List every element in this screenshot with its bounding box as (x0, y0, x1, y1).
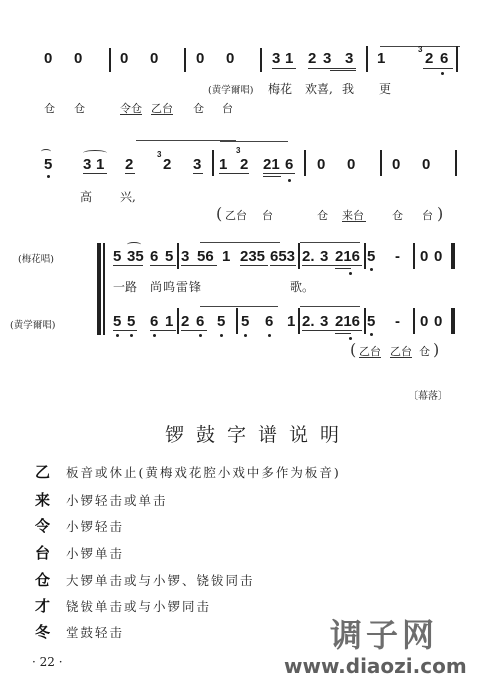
note: 1 (222, 249, 230, 265)
underline (193, 173, 203, 174)
lyric: 歌。 (290, 278, 314, 295)
lower-octave-dot (244, 334, 247, 337)
tie (200, 242, 280, 243)
note: 3 (320, 249, 328, 265)
legend-title: 锣鼓字谱说明 (165, 420, 351, 447)
note: 3 (272, 51, 280, 67)
underline (150, 330, 176, 331)
note: 6 (196, 314, 204, 330)
final-barline (451, 308, 455, 334)
lower-octave-dot (370, 333, 373, 336)
underline (263, 173, 295, 174)
note: 5 (367, 249, 375, 265)
final-barline (451, 243, 455, 269)
note: 6 (265, 314, 273, 330)
note: 2 (425, 51, 433, 67)
lower-octave-dot (199, 334, 202, 337)
note: 1 (287, 314, 295, 330)
lyric: 尚呜雷锋 (150, 278, 202, 295)
note: 0 (150, 51, 158, 67)
note: 0 (317, 157, 325, 173)
legend-desc: 小锣轻击 (66, 517, 124, 535)
legend-desc: 小锣单击 (66, 544, 124, 562)
percussion-syllable: 乙台 (225, 207, 247, 223)
lyric: 梅花 (268, 80, 292, 97)
lyric: 欢喜, (305, 80, 333, 97)
barline (413, 243, 415, 269)
underline (272, 68, 296, 69)
tie (300, 306, 360, 307)
barline (456, 46, 458, 72)
percussion-syllable: 仓 (44, 100, 55, 116)
note: 6 (150, 249, 158, 265)
percussion-syllable: 台 (222, 100, 233, 116)
note: 5 (241, 314, 249, 330)
note: 0 (434, 249, 442, 265)
underline (150, 265, 176, 266)
underline (151, 114, 173, 115)
note: 3 (345, 51, 353, 67)
note: 5 (113, 249, 121, 265)
note: 0 (74, 51, 82, 67)
underline (113, 265, 143, 266)
note: 0 (120, 51, 128, 67)
note: 216 (335, 249, 360, 265)
note: 2. (302, 249, 315, 265)
underline (390, 357, 412, 358)
note: 5 (367, 314, 375, 330)
legend-desc: 大锣单击或与小锣、铙钹同击 (66, 571, 255, 589)
barline (304, 150, 306, 176)
note: 653 (270, 249, 295, 265)
note: 3 (323, 51, 331, 67)
tie (300, 242, 360, 243)
lower-octave-dot (220, 334, 223, 337)
underline (359, 357, 381, 358)
note: 1 (377, 51, 385, 67)
note: 3 (181, 249, 189, 265)
note: 1 (285, 51, 293, 67)
lower-octave-dot (268, 334, 271, 337)
legend-key: 乙 (35, 461, 50, 482)
barline (177, 308, 179, 334)
note: 0 (434, 314, 442, 330)
lower-octave-dot (288, 179, 291, 182)
note: 2. (302, 314, 315, 330)
legend-desc: 小锣轻击或单击 (66, 491, 168, 509)
barline (184, 48, 186, 72)
note: 1 (219, 157, 227, 173)
underline (423, 68, 453, 69)
watermark-url: www.diaozi.com (284, 654, 467, 678)
lower-octave-dot (116, 334, 119, 337)
underline (219, 173, 249, 174)
percussion-syllable: 仓 (419, 343, 430, 359)
note: 0 (196, 51, 204, 67)
lower-octave-dot (441, 72, 444, 75)
role-label-upper: (梅花唱) (18, 251, 54, 265)
close-paren: ) (433, 340, 439, 359)
barline (366, 46, 368, 72)
lyric: 一路 (113, 278, 137, 295)
barline (364, 308, 366, 334)
note: 0 (226, 51, 234, 67)
underline (335, 333, 351, 334)
tie (200, 306, 278, 307)
watermark-site-name: 调子网 (330, 610, 438, 656)
note: 0 (422, 157, 430, 173)
note: 35 (127, 249, 144, 265)
note: 1 (165, 314, 173, 330)
lower-octave-dot (153, 334, 156, 337)
lower-octave-dot (370, 268, 373, 271)
percussion-syllable: 台 (422, 207, 433, 223)
underline (342, 221, 366, 222)
lower-octave-dot (47, 175, 50, 178)
note: 0 (392, 157, 400, 173)
slur (41, 149, 51, 154)
legend-key: 台 (35, 542, 50, 563)
lyric: 更 (379, 80, 391, 97)
grace-note: 3 (418, 45, 422, 54)
legend-desc: 板音或休止(黄梅戏花腔小戏中多作为板音) (66, 463, 341, 481)
note: 235 (240, 249, 265, 265)
note: 5 (127, 314, 135, 330)
open-paren: ( (216, 204, 222, 223)
underline (308, 68, 356, 69)
legend-key: 才 (35, 595, 50, 616)
grace-note: 3 (236, 146, 240, 155)
note: 3 (320, 314, 328, 330)
note: 2 (181, 314, 189, 330)
system-bracket (97, 243, 101, 335)
note: 0 (347, 157, 355, 173)
note: 0 (420, 314, 428, 330)
note: 2 (125, 157, 133, 173)
percussion-syllable: 仓 (317, 207, 328, 223)
barline (298, 308, 300, 334)
legend-desc: 堂鼓轻击 (66, 623, 124, 641)
close-paren: ) (437, 204, 443, 223)
note: 56 (197, 249, 214, 265)
underline (335, 268, 351, 269)
percussion-syllable: 仓 (74, 100, 85, 116)
lyric: 我 (342, 80, 354, 97)
legend-key: 令 (35, 515, 50, 536)
barline (109, 48, 111, 72)
percussion-syllable: 台 (262, 207, 273, 223)
note: 6 (150, 314, 158, 330)
underline (113, 330, 137, 331)
underline (181, 330, 207, 331)
underline (181, 265, 217, 266)
barline (455, 150, 457, 176)
note: 5 (217, 314, 225, 330)
grace-note: 3 (157, 150, 161, 159)
barline (177, 243, 179, 269)
legend-desc: 铙钹单击或与小锣同击 (66, 597, 211, 615)
role-label: (黄学爾唱) (208, 82, 253, 96)
barline (212, 150, 214, 176)
lyric: 兴, (120, 188, 136, 205)
system-barline (103, 243, 105, 335)
note: - (395, 314, 400, 330)
legend-key: 仓 (35, 569, 50, 590)
lower-octave-dot (349, 272, 352, 275)
note: 2 (163, 157, 171, 173)
percussion-syllable: 仓 (193, 100, 204, 116)
note: 3 (83, 157, 91, 173)
barline (413, 308, 415, 334)
underline (240, 265, 268, 266)
note: 21 (263, 157, 280, 173)
lyric: 高 (80, 188, 92, 205)
note: 6 (285, 157, 293, 173)
underline (125, 173, 135, 174)
tie (220, 141, 288, 142)
note: 216 (335, 314, 360, 330)
note: 0 (44, 51, 52, 67)
underline (270, 265, 296, 266)
legend-key: 来 (35, 489, 50, 510)
legend-key: 冬 (35, 621, 50, 642)
note: 2 (240, 157, 248, 173)
note: 5 (165, 249, 173, 265)
barline (380, 150, 382, 176)
barline (236, 308, 238, 334)
barline (298, 243, 300, 269)
barline (260, 48, 262, 72)
note: - (395, 249, 400, 265)
note: 1 (96, 157, 104, 173)
underline (330, 70, 356, 71)
slur (127, 242, 141, 247)
underline (120, 114, 142, 115)
underline (83, 173, 107, 174)
note: 6 (440, 51, 448, 67)
note: 3 (193, 157, 201, 173)
role-label-lower: (黄学爾唱) (10, 317, 55, 331)
open-paren: ( (350, 340, 356, 359)
note: 5 (44, 157, 52, 173)
note: 5 (113, 314, 121, 330)
percussion-syllable: 仓 (392, 207, 403, 223)
note: 2 (308, 51, 316, 67)
stage-direction: 〔幕落〕 (408, 387, 448, 402)
barline (364, 243, 366, 269)
underline (302, 265, 362, 266)
underline (302, 330, 362, 331)
underline (263, 176, 281, 177)
note: 0 (420, 249, 428, 265)
lower-octave-dot (130, 334, 133, 337)
page-number: · 22 · (32, 655, 63, 669)
